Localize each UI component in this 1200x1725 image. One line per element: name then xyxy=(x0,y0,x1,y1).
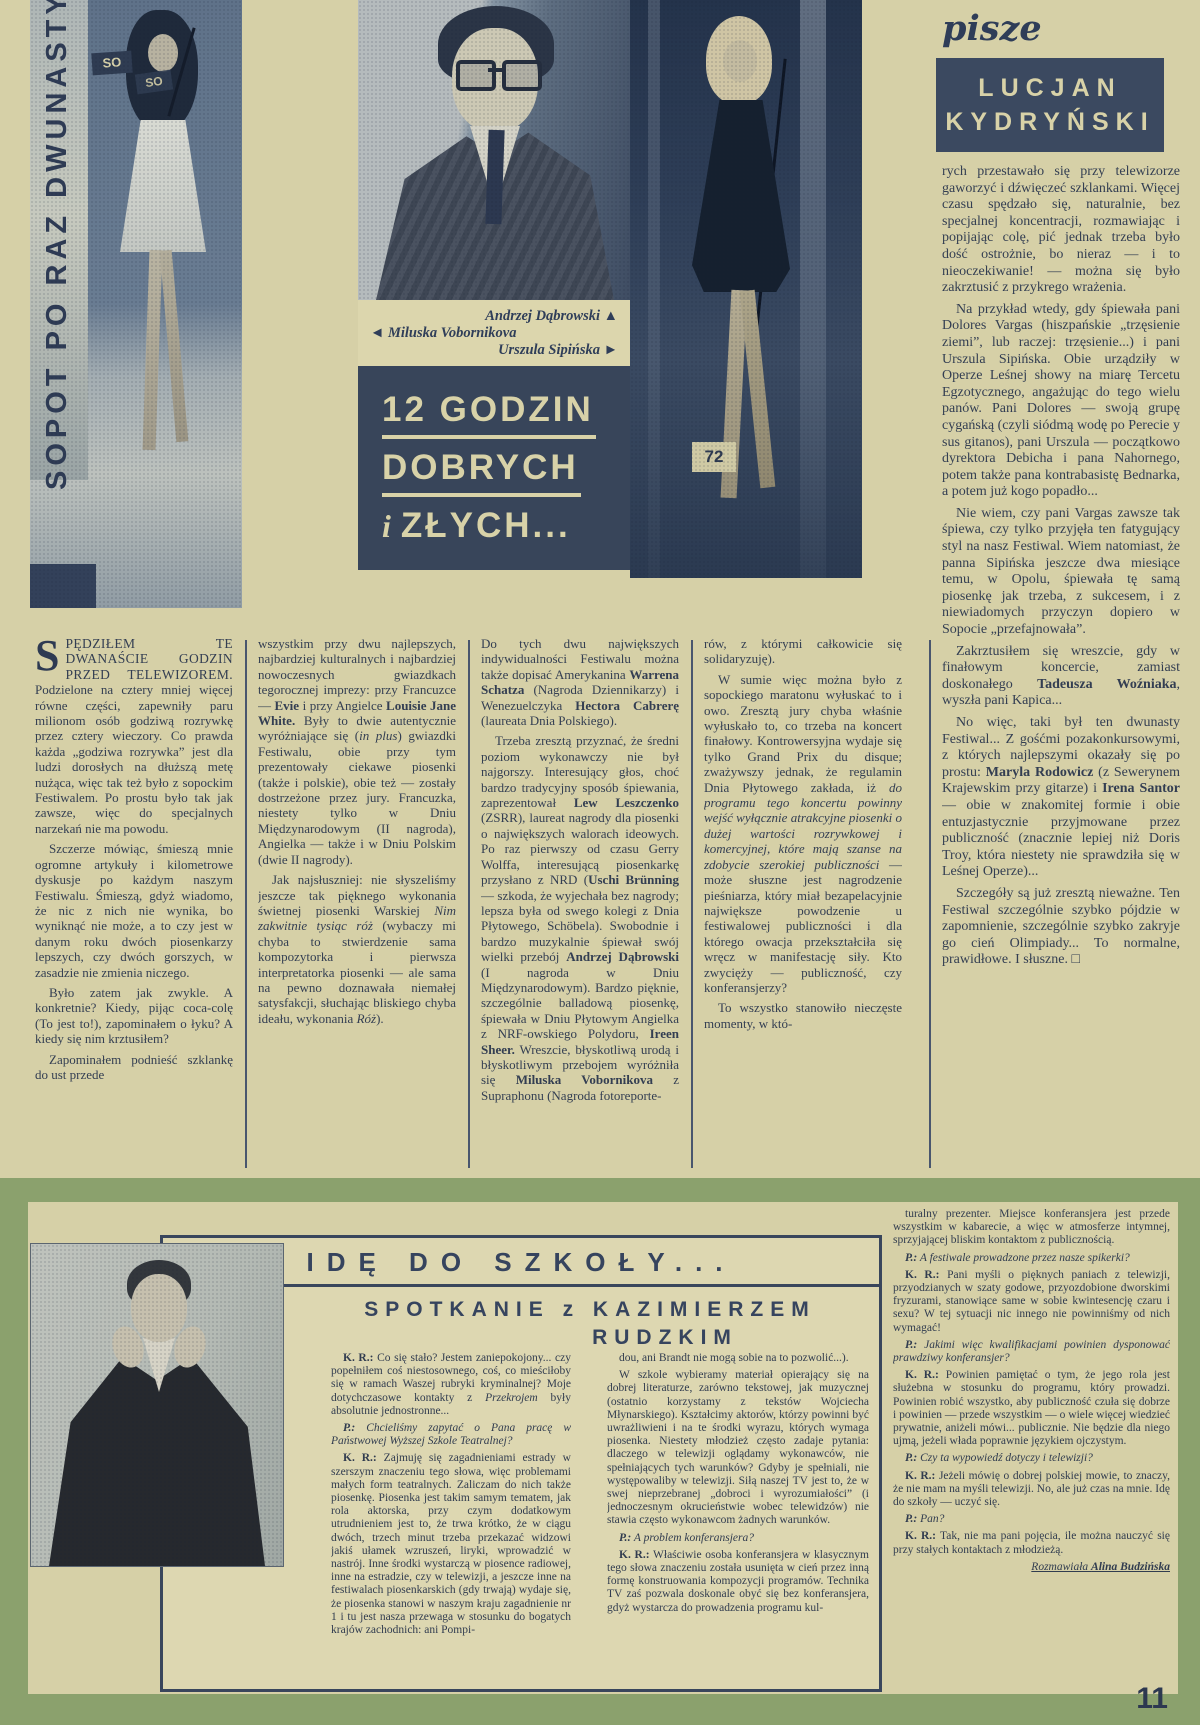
text-segment: P.: xyxy=(905,1252,917,1264)
text-segment: — obie w znakomitej formie i obie entuzj… xyxy=(942,798,1180,879)
article-column-4: rów, z którymi całkowicie się solidaryzu… xyxy=(704,636,902,1170)
text-segment: Róż xyxy=(357,1011,377,1026)
text-segment: A problem konferansjera? xyxy=(631,1532,754,1544)
text-segment: ). xyxy=(376,1011,384,1026)
text-segment: in plus xyxy=(359,728,397,743)
paragraph: To wszystko stanowiło nieczęste momenty,… xyxy=(704,1000,902,1031)
article-column-1: SPĘDZIŁEM TE DWANAŚCIE GODZIN PRZED TELE… xyxy=(35,636,233,1170)
text-segment: Maryla Rodowicz xyxy=(986,765,1094,780)
paragraph: K. R.: Właściwie osoba konferansjera w k… xyxy=(607,1549,869,1615)
text-segment: — może słuszne jest nagrodzenie pieśniar… xyxy=(704,857,902,995)
photo-shape xyxy=(485,130,504,225)
text-segment: Uschi Brünning xyxy=(588,872,679,887)
section-title-vertical: SOPOT PO RAZ DWUNASTY xyxy=(34,20,80,490)
paragraph: P.: Czy ta wypowiedź dotyczy i telewizji… xyxy=(893,1452,1170,1465)
glasses-shape xyxy=(488,68,504,72)
paragraph: K. R.: Zajmuję się zagadnieniami estrady… xyxy=(331,1452,571,1637)
headline-block: 12 GODZIN DOBRYCH i ZŁYCH... xyxy=(358,366,630,570)
text-segment: Andrzej Dąbrowski xyxy=(566,949,679,964)
text-segment: ZŁYCH... xyxy=(401,506,571,545)
interview-column-1: K. R.: Co się stało? Jestem zaniepokojon… xyxy=(331,1352,571,1682)
headline-line: DOBRYCH xyxy=(382,448,581,497)
caption-line: Andrzej Dąbrowski ▲ xyxy=(370,308,618,325)
text-segment: P.: xyxy=(905,1513,917,1525)
text-segment: Jak najsłuszniej: nie słyszeliśmy jeszcz… xyxy=(258,872,456,918)
photo-singer-left: SO SO SOPOT PO RAZ DWUNASTY xyxy=(30,0,242,608)
paragraph: P.: A problem konferansjera? xyxy=(607,1532,869,1545)
interview-subtitle-line: SPOTKANIE z KAZIMIERZEM xyxy=(311,1296,869,1324)
text-segment: Podzielone na cztery mniej więcej równe … xyxy=(35,682,233,836)
caption-line: Urszula Sipińska ► xyxy=(370,342,618,359)
paragraph: Rozmawiała Alina Budzińska xyxy=(893,1561,1170,1574)
text-segment: Alina Budzińska xyxy=(1091,1561,1170,1573)
paragraph: Szczerze mówiąc, śmieszą mnie ogromne ar… xyxy=(35,841,233,980)
photo-shape xyxy=(800,0,826,578)
paragraph: Do tych dwu największych indywidualności… xyxy=(481,636,679,728)
article-column-kydrynski: rych przestawało się przy telewizorze ga… xyxy=(942,164,1180,1170)
paragraph: K. R.: Tak, nie ma pani pojęcia, ile moż… xyxy=(893,1530,1170,1556)
text-segment: Tadeusza Woźniaka xyxy=(1037,677,1176,692)
article-column-2: wszystkim przy dwu najlepszych, najbardz… xyxy=(258,636,456,1170)
text-segment: i przy Angielce xyxy=(299,698,386,713)
magazine-page: SO SO SOPOT PO RAZ DWUNASTY Andrzej Dąbr… xyxy=(0,0,1200,1725)
text-segment: Hectora Cabrerę xyxy=(575,698,679,713)
stage-banner-text: SO xyxy=(91,51,132,76)
photo-caption-box: Andrzej Dąbrowski ▲ ◄ Miluska Vobornikov… xyxy=(358,300,630,366)
glasses-shape xyxy=(502,60,542,91)
text-segment: K. R.: xyxy=(905,1530,936,1542)
paragraph: K. R.: Pani myśli o pięknych paniach z t… xyxy=(893,1269,1170,1335)
paragraph: K. R.: Co się stało? Jestem zaniepokojon… xyxy=(331,1352,571,1418)
photo-shape xyxy=(143,250,163,450)
stage-sign-text: 72 xyxy=(692,442,736,472)
headline-line: 12 GODZIN xyxy=(382,390,596,439)
text-segment: K. R.: xyxy=(905,1269,939,1281)
text-segment: S xyxy=(35,636,65,674)
photo-kazimierz-rudzki xyxy=(30,1243,284,1567)
paragraph: Szczegóły są już zresztą nieważne. Ten F… xyxy=(942,886,1180,969)
text-segment: K. R.: xyxy=(905,1369,939,1381)
column-rule xyxy=(468,640,470,1168)
text-segment: Evie xyxy=(275,698,300,713)
paragraph: Nie wiem, czy pani Vargas zawsze tak śpi… xyxy=(942,506,1180,639)
text-segment: Czy ta wypowiedź dotyczy i telewizji? xyxy=(917,1452,1093,1464)
paragraph: Zapominałem podnieść szklankę do ust prz… xyxy=(35,1052,233,1083)
paragraph: rych przestawało się przy telewizorze ga… xyxy=(942,164,1180,297)
photo-shape xyxy=(148,34,178,72)
paragraph: P.: A festiwale prowadzone przez nasze s… xyxy=(893,1252,1170,1265)
photo-shape xyxy=(120,120,206,252)
text-segment: (wybaczy mi chyba to stwierdzenie sama k… xyxy=(258,918,456,1025)
text-segment: K. R.: xyxy=(905,1470,935,1482)
paragraph: Jak najsłuszniej: nie słyszeliśmy jeszcz… xyxy=(258,872,456,1026)
paragraph: Trzeba zresztą przyznać, że średni pozio… xyxy=(481,733,679,1103)
paragraph: K. R.: Powinien pamiętać o tym, że jego … xyxy=(893,1369,1170,1448)
text-segment: Przekrojem xyxy=(485,1392,538,1404)
interview-column-3: turalny prezenter. Miejsce konferansjera… xyxy=(893,1208,1170,1688)
text-segment: P.: xyxy=(343,1422,355,1434)
caption-line: ◄ Miluska Vobornikova xyxy=(370,325,618,342)
paragraph: turalny prezenter. Miejsce konferansjera… xyxy=(893,1208,1170,1248)
text-segment: Lew Leszczenko xyxy=(574,795,679,810)
author-name-box: LUCJAN KYDRYŃSKI xyxy=(936,58,1164,152)
column-rule xyxy=(929,640,931,1168)
paragraph: P.: Chcieliśmy zapytać o Pana pracę w Pa… xyxy=(331,1422,571,1448)
photo-urszula-sipinska: 72 xyxy=(630,0,862,578)
paragraph: SPĘDZIŁEM TE DWANAŚCIE GODZIN PRZED TELE… xyxy=(35,636,233,836)
photo-shape xyxy=(723,40,757,82)
text-segment: Chcieliśmy zapytać o Pana pracę w Państw… xyxy=(331,1422,571,1447)
text-segment: W sumie więc można było z sopockiego mar… xyxy=(704,672,902,795)
paragraph: K. R.: Jeżeli mówię o dobrej polskiej mo… xyxy=(893,1470,1170,1510)
interview-subtitle: SPOTKANIE z KAZIMIERZEM RUDZKIM xyxy=(311,1296,869,1352)
paragraph: W sumie więc można było z sopockiego mar… xyxy=(704,672,902,996)
paragraph: P.: Pan? xyxy=(893,1513,1170,1526)
pisze-script: pisze xyxy=(942,8,1042,49)
text-segment: P.: xyxy=(905,1339,917,1351)
paragraph: No więc, taki był ten dwunasty Festiwal.… xyxy=(942,715,1180,881)
text-segment: A festiwale prowadzone przez nasze spike… xyxy=(917,1252,1130,1264)
column-rule xyxy=(691,640,693,1168)
text-segment: ) gwiazdki Festiwalu, obie przy tym prez… xyxy=(258,728,456,866)
article-column-3: Do tych dwu największych indywidualności… xyxy=(481,636,679,1170)
interview-column-2: dou, ani Brandt nie mogą sobie na to poz… xyxy=(607,1352,869,1682)
text-segment: (laureata Dnia Polskiego). xyxy=(481,713,617,728)
headline-line: i ZŁYCH... xyxy=(382,506,573,551)
paragraph: W szkole wybieramy materiał opierający s… xyxy=(607,1369,869,1527)
text-segment: P.: xyxy=(619,1532,631,1544)
text-segment: Miluska Vobornikova xyxy=(516,1072,653,1087)
photo-shape xyxy=(648,0,660,578)
paragraph: wszystkim przy dwu najlepszych, najbardz… xyxy=(258,636,456,867)
text-segment: Pan? xyxy=(917,1513,944,1525)
paragraph: Zakrztusiłem się wreszcie, gdy w finałow… xyxy=(942,644,1180,710)
photo-shape xyxy=(131,1274,187,1342)
text-segment: Jakimi więc kwalifikacjami powinien dysp… xyxy=(893,1339,1170,1364)
text-segment: Rozmawiała xyxy=(1031,1561,1091,1573)
paragraph: dou, ani Brandt nie mogą sobie na to poz… xyxy=(607,1352,869,1365)
author-line: KYDRYŃSKI xyxy=(936,105,1164,139)
text-segment: K. R.: xyxy=(619,1549,650,1561)
text-segment: K. R.: xyxy=(343,1352,373,1364)
photo-andrzej-dabrowski xyxy=(358,0,630,300)
page-number: 11 xyxy=(1136,1682,1168,1716)
paragraph: Było zatem jak zwykle. A konkretnie? Kie… xyxy=(35,985,233,1047)
glasses-shape xyxy=(456,60,496,91)
text-segment: PĘDZIŁEM TE DWANAŚCIE GODZIN PRZED TELEW… xyxy=(65,636,233,682)
column-rule xyxy=(245,640,247,1168)
text-segment: Jeżeli mówię o dobrej polskiej mowie, to… xyxy=(893,1470,1170,1508)
text-segment: K. R.: xyxy=(343,1452,377,1464)
photo-shape xyxy=(160,250,189,442)
text-segment: P.: xyxy=(905,1452,917,1464)
text-segment: i xyxy=(382,508,401,544)
paragraph: P.: Jakimi więc kwalifikacjami powinien … xyxy=(893,1339,1170,1365)
paragraph: rów, z którymi całkowicie się solidaryzu… xyxy=(704,636,902,667)
interview-subtitle-line: RUDZKIM xyxy=(311,1324,869,1352)
photo-shape xyxy=(740,290,776,488)
photo-shape xyxy=(30,564,96,608)
text-segment: Zajmuję się zagadnieniami estrady w szer… xyxy=(331,1452,571,1636)
text-segment: Irena Santor xyxy=(1102,781,1180,796)
author-line: LUCJAN xyxy=(936,71,1164,105)
paragraph: Na przykład wtedy, gdy śpiewała pani Dol… xyxy=(942,302,1180,501)
